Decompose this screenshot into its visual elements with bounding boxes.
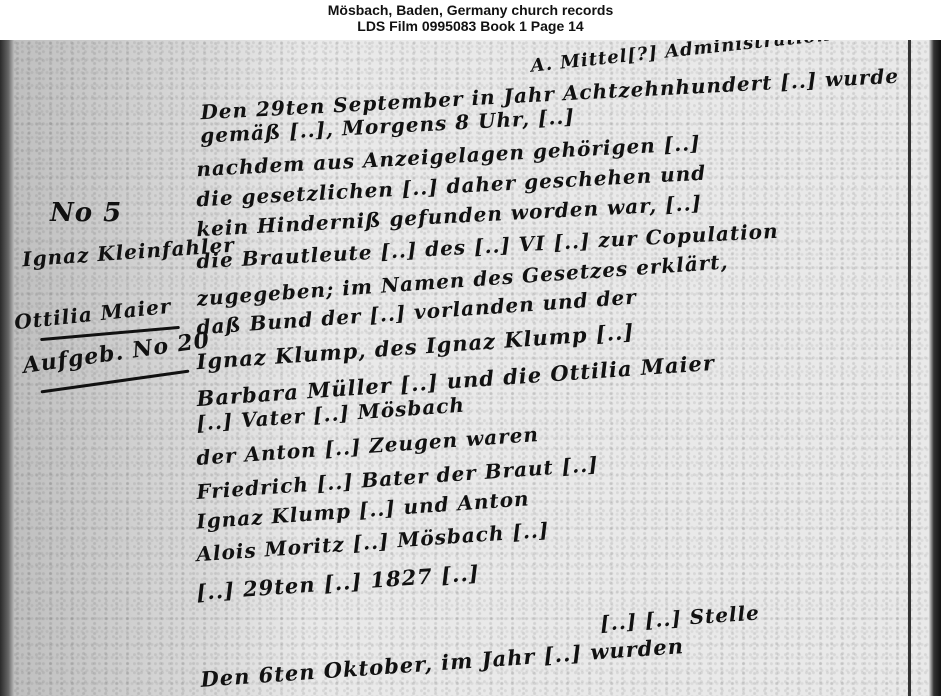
caption-subtitle: LDS Film 0995083 Book 1 Page 14 — [0, 18, 941, 34]
margin-note-number: No 5 — [50, 198, 122, 228]
scan-right-edge — [929, 40, 941, 696]
record-line: [..] [..] Stelle — [599, 600, 760, 635]
scan-right-border — [908, 40, 911, 696]
caption-title: Mösbach, Baden, Germany church records — [0, 0, 941, 18]
scan-left-edge — [0, 40, 14, 696]
scanned-record-image: No 5 Ignaz Kleinfahler Ottilia Maier Auf… — [0, 40, 941, 696]
document-caption: Mösbach, Baden, Germany church records L… — [0, 0, 941, 40]
